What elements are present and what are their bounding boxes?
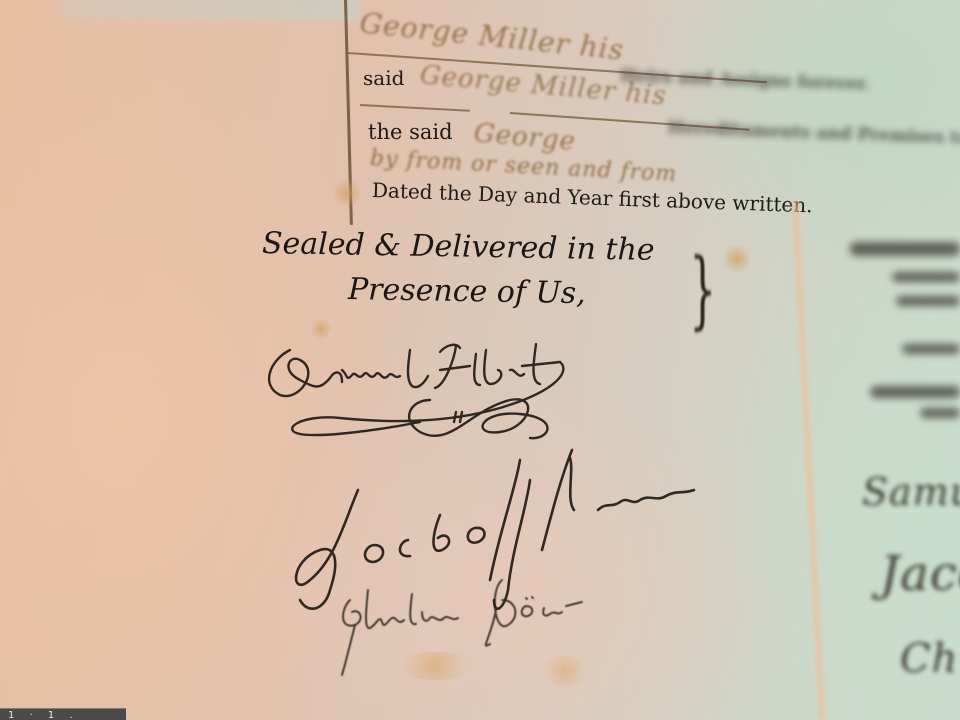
blurred-line-hereditaments: Hereditaments and Premises to bbox=[668, 118, 960, 149]
brace: } bbox=[689, 240, 716, 338]
sealed-delivered-heading: Sealed & Delivered in the bbox=[262, 226, 655, 268]
document-photo: George Miller his said George Miller his… bbox=[0, 0, 960, 720]
right-page-signature-3: Ch bbox=[900, 636, 958, 682]
printed-dated-line: Dated the Day and Year first above writt… bbox=[372, 178, 813, 217]
printed-said: said bbox=[363, 66, 404, 90]
blurred-text bbox=[902, 344, 960, 354]
watermark-bar: 1 · 1 . bbox=[0, 708, 126, 720]
back-sheet bbox=[60, 0, 360, 20]
stain bbox=[332, 178, 362, 208]
page-edge bbox=[790, 200, 827, 720]
form-rule-2 bbox=[360, 104, 470, 112]
blurred-text bbox=[850, 242, 960, 256]
right-page-signature-1: Samu bbox=[862, 470, 960, 514]
signature-christian-dorr bbox=[330, 570, 610, 680]
signature-christian-dorr-strokes bbox=[330, 570, 610, 680]
handwritten-line-3: George bbox=[473, 118, 578, 157]
blurred-text bbox=[870, 386, 960, 398]
blurred-text bbox=[896, 296, 960, 306]
presence-of-us-heading: Presence of Us, bbox=[348, 272, 586, 311]
blurred-text bbox=[892, 272, 960, 282]
blurred-text bbox=[920, 408, 960, 418]
signature-samuel-filbert-strokes bbox=[260, 330, 660, 460]
right-page-signature-2: Jacob bbox=[880, 546, 960, 602]
printed-the-said: the said bbox=[368, 120, 453, 144]
stain bbox=[720, 246, 754, 272]
signature-samuel-filbert bbox=[260, 330, 660, 460]
